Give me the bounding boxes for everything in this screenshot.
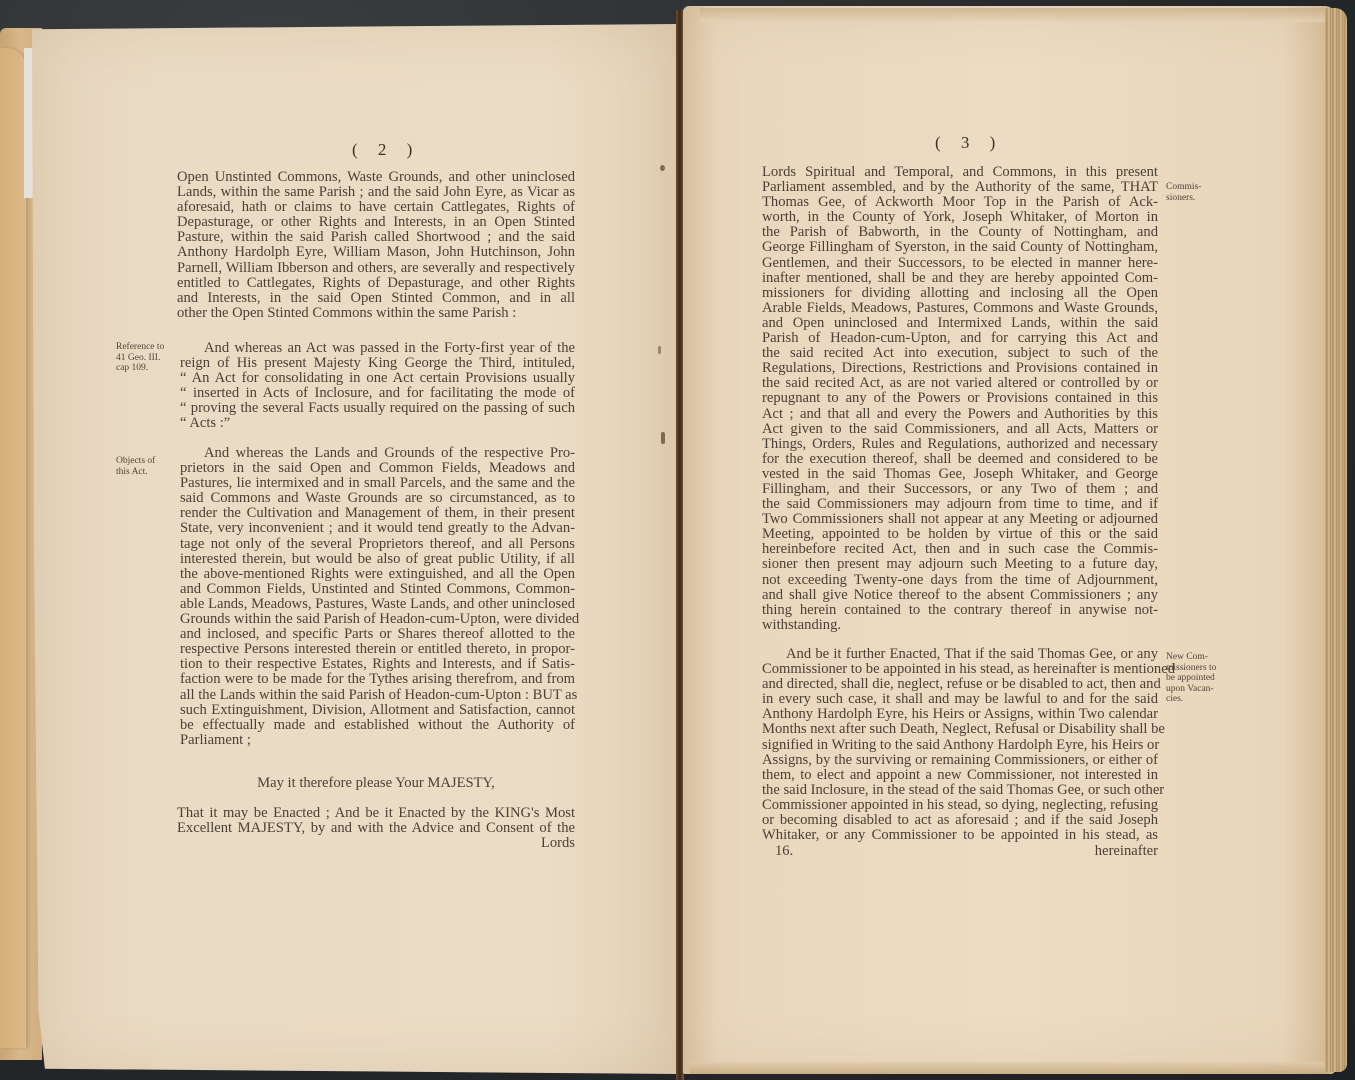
text-line: thing herein contained to the contrary t…: [762, 603, 1158, 618]
text-line: Arable Fields, Meadows, Pastures, Common…: [762, 301, 1158, 316]
page-number-left: ( 2 ): [352, 140, 420, 160]
margin-note-line: Commis-: [1166, 182, 1201, 193]
text-line: Two Commissioners shall not appear at an…: [762, 512, 1158, 527]
text-line: not exceeding Twenty-one days from the t…: [762, 573, 1158, 588]
margin-note-line: this Act.: [116, 467, 155, 478]
margin-note-reference: Reference to 41 Geo. III. cap 109.: [116, 342, 164, 374]
text-line: or becoming disabled to act as aforesaid…: [762, 813, 1158, 828]
text-line: respective Persons interested therein or…: [180, 642, 575, 657]
text-line: Act ; and that all and every the Powers …: [762, 407, 1158, 422]
margin-note-line: Reference to: [116, 342, 164, 353]
text-line: Pastures, lie intermixed and in small Pa…: [180, 476, 575, 491]
margin-note-objects: Objects of this Act.: [116, 456, 155, 477]
left-paragraph-3: And whereas the Lands and Grounds of the…: [180, 446, 575, 748]
text-line: And be it further Enacted, That if the s…: [762, 647, 1158, 662]
foxing-spot: [660, 165, 665, 171]
margin-note-line: upon Vacan-: [1166, 684, 1216, 695]
text-line: Things, Orders, Rules and Regulations, a…: [762, 437, 1158, 452]
text-line: and shall give Notice thereof to the abs…: [762, 588, 1158, 603]
text-line: and Common Fields, Unstinted and Stinted…: [180, 582, 575, 597]
text-line: Thomas Gee, of Ackworth Moor Top in the …: [762, 195, 1158, 210]
text-line: Lords Spiritual and Temporal, and Common…: [762, 165, 1158, 180]
text-line: “ An Act for consolidating in one Act ce…: [180, 371, 575, 386]
text-line: render the Cultivation and Management of…: [180, 506, 575, 521]
text-line: Fillingham, and their Successors, or any…: [762, 482, 1158, 497]
margin-note-new-commissioners: New Com- missioners to be appointed upon…: [1166, 652, 1216, 705]
right-paragraph-1: Lords Spiritual and Temporal, and Common…: [762, 165, 1158, 633]
margin-note-line: 41 Geo. III.: [116, 353, 164, 364]
left-paragraph-2: And whereas an Act was passed in the For…: [180, 341, 575, 432]
text-line: Commissioner to be appointed in his stea…: [762, 662, 1158, 677]
text-line: the said recited Act into execution, sub…: [762, 346, 1158, 361]
text-line: State, very inconvenient ; and it would …: [180, 521, 575, 536]
left-paragraph-1: Open Unstinted Commons, Waste Grounds, a…: [177, 170, 575, 321]
text-line: May it therefore please Your MAJESTY,: [177, 776, 575, 791]
text-line: Regulations, Directions, Restrictions an…: [762, 361, 1158, 376]
page-curl: [0, 48, 26, 1048]
margin-note-line: sioners.: [1166, 193, 1201, 204]
text-line: and directed, shall die, neglect, refuse…: [762, 677, 1158, 692]
margin-note-line: Objects of: [116, 456, 155, 467]
text-line: Months next after such Death, Neglect, R…: [762, 722, 1158, 737]
text-line: George Fillingham of Syerston, in the sa…: [762, 240, 1158, 255]
text-line: Act given to the said Commissioners, and…: [762, 422, 1158, 437]
text-line: reign of His present Majesty King George…: [180, 356, 575, 371]
text-line: and Interests, in the said Open Stinted …: [177, 291, 575, 306]
text-line: missioners for dividing allotting and in…: [762, 286, 1158, 301]
text-line: able Lands, Meadows, Pastures, Waste Lan…: [180, 597, 575, 612]
text-line: Gentlemen, and their Successors, to be e…: [762, 256, 1158, 271]
text-line: Excellent MAJESTY, by and with the Advic…: [177, 821, 575, 836]
text-line: interested therein, but would be also of…: [180, 552, 575, 567]
text-line: “ Acts :”: [180, 416, 575, 431]
right-paragraph-2: And be it further Enacted, That if the s…: [762, 647, 1158, 843]
page-number-right: ( 3 ): [935, 133, 1003, 153]
text-line: and inclosed, and specific Parts or Shar…: [180, 627, 575, 642]
text-line: all the Lands within the said Parish of …: [180, 688, 575, 703]
text-line: Parnell, William Ibberson and others, ar…: [177, 261, 575, 276]
text-line: other the Open Stinted Commons within th…: [177, 306, 575, 321]
text-line: them, to elect and appoint a new Commiss…: [762, 768, 1158, 783]
text-line: said Commons and Waste Grounds are so ci…: [180, 491, 575, 506]
text-line: Lands, within the same Parish ; and the …: [177, 185, 575, 200]
text-line: signified in Writing to the said Anthony…: [762, 738, 1158, 753]
text-line: the said Commissioners may adjourn from …: [762, 497, 1158, 512]
catchword-right: hereinafter: [1080, 843, 1158, 860]
text-line: repugnant to any of the Powers or Provis…: [762, 391, 1158, 406]
text-line: tage not only of the several Proprietors…: [180, 537, 575, 552]
margin-note-line: cap 109.: [116, 363, 164, 374]
text-line: And whereas the Lands and Grounds of the…: [180, 446, 575, 461]
text-line: prietors in the said Open and Common Fie…: [180, 461, 575, 476]
text-line: Depasturage, or other Rights and Interes…: [177, 215, 575, 230]
text-line: aforesaid, hath or claims to have certai…: [177, 200, 575, 215]
page-tear: [661, 432, 665, 444]
text-line: Whitaker, or any Commissioner to be appo…: [762, 828, 1158, 843]
margin-note-commissioners: Commis- sioners.: [1166, 182, 1201, 203]
text-line: be effectually made and established with…: [180, 718, 575, 733]
petition-line: May it therefore please Your MAJESTY,: [177, 776, 575, 791]
text-line: worth, in the County of York, Joseph Whi…: [762, 210, 1158, 225]
text-line: Anthony Hardolph Eyre, his Heirs or Assi…: [762, 707, 1158, 722]
text-line: for the execution thereof, shall be deem…: [762, 452, 1158, 467]
text-line: entitled to Cattlegates, Rights of Depas…: [177, 276, 575, 291]
text-line: Grounds within the said Parish of Headon…: [180, 612, 575, 627]
scan-background: ( 2 ) Open Unstinted Commons, Waste Grou…: [0, 0, 1355, 1080]
text-line: Pasture, within the said Parish called S…: [177, 230, 575, 245]
text-line: sioner then present may adjourn such Mee…: [762, 557, 1158, 572]
right-page-top-stain: [700, 8, 1325, 22]
text-line: faction were to be made for the Tythes a…: [180, 672, 575, 687]
text-line: hereinbefore recited Act, then and in su…: [762, 542, 1158, 557]
margin-note-line: cies.: [1166, 694, 1216, 705]
text-line: Parliament ;: [180, 733, 575, 748]
text-line: Anthony Hardolph Eyre, William Mason, Jo…: [177, 245, 575, 260]
text-line: Commissioner appointed in his stead, so …: [762, 798, 1158, 813]
fore-edge-leaves: [1325, 8, 1347, 1072]
text-line: That it may be Enacted ; And be it Enact…: [177, 806, 575, 821]
text-line: the above-mentioned Rights were extingui…: [180, 567, 575, 582]
text-line: Meeting, appointed to be holden by virtu…: [762, 527, 1158, 542]
text-line: Parish of Headon-cum-Upton, and for carr…: [762, 331, 1158, 346]
text-line: withstanding.: [762, 618, 1158, 633]
text-line: Assigns, by the surviving or remaining C…: [762, 753, 1158, 768]
text-line: and Open uninclosed and Intermixed Lands…: [762, 316, 1158, 331]
foxing-spot: [658, 346, 661, 354]
text-line: “ proving the several Facts usually requ…: [180, 401, 575, 416]
enacting-clause: That it may be Enacted ; And be it Enact…: [177, 806, 575, 851]
text-line: such Extinguishment, Division, Allotment…: [180, 703, 575, 718]
text-line: the Parish of Babworth, in the County of…: [762, 225, 1158, 240]
text-line: inafter mentioned, shall be and they are…: [762, 271, 1158, 286]
text-line: Parliament assembled, and by the Authori…: [762, 180, 1158, 195]
text-line: tion to their respective Estates, Rights…: [180, 657, 575, 672]
text-line: And whereas an Act was passed in the For…: [180, 341, 575, 356]
catchword-left: Lords: [177, 836, 575, 851]
text-line: “ inserted in Acts of Inclosure, and for…: [180, 386, 575, 401]
text-line: the said recited Act, as are not varied …: [762, 376, 1158, 391]
signature-mark: 16.: [775, 843, 793, 860]
text-line: in every such case, it shall and may be …: [762, 692, 1158, 707]
text-line: Open Unstinted Commons, Waste Grounds, a…: [177, 170, 575, 185]
text-line: the said Inclosure, in the stead of the …: [762, 783, 1158, 798]
right-page-bottom-edge: [690, 1062, 1330, 1074]
text-line: vested in the said Thomas Gee, Joseph Wh…: [762, 467, 1158, 482]
